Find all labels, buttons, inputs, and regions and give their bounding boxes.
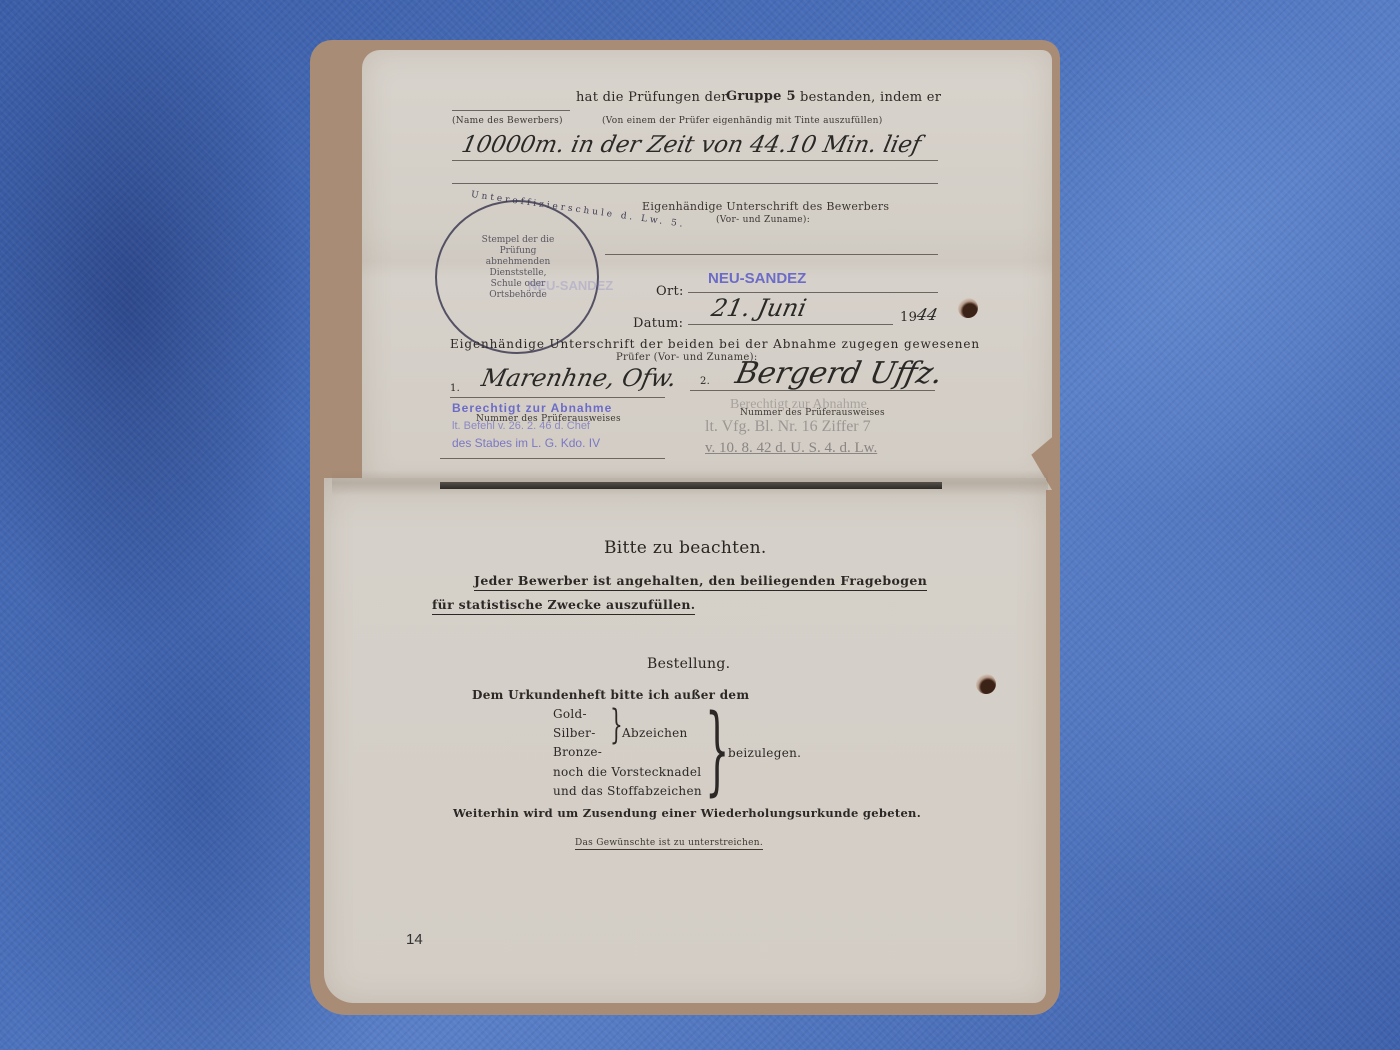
applicant-signature-rule bbox=[605, 254, 938, 255]
examiner-2-id-caption: Nummer des Prüferausweises bbox=[740, 408, 885, 418]
order-title: Bestellung. bbox=[647, 656, 730, 672]
order-end: beizulegen. bbox=[728, 746, 801, 760]
extra-item-cloth-badge: und das Stoffabzeichen bbox=[553, 784, 702, 798]
handwritten-date: 21. Juni bbox=[709, 294, 809, 322]
page-number: 14 bbox=[406, 931, 423, 948]
ghost-stamp: NEU-SANDEZ bbox=[528, 278, 613, 293]
date-rule bbox=[688, 324, 893, 325]
items-brace: } bbox=[705, 702, 729, 798]
result-rule bbox=[452, 160, 938, 161]
examiner-1-stamp-line-2: lt. Befehl v. 26. 2. 46 d. Chef bbox=[452, 420, 590, 432]
intro-text-end: bestanden, indem er bbox=[800, 90, 941, 105]
examiners-signature-caption: Prüfer (Vor- und Zuname): bbox=[616, 352, 758, 363]
section-divider-bar bbox=[440, 482, 942, 489]
intro-text: hat die Prüfungen der bbox=[576, 90, 728, 105]
place-value-stamp: NEU-SANDEZ bbox=[708, 270, 806, 287]
name-caption: (Name des Bewerbers) bbox=[452, 116, 563, 126]
notice-line-2: für statistische Zwecke auszufüllen. bbox=[432, 597, 695, 615]
date-label: Datum: bbox=[633, 316, 683, 331]
badge-brace: } bbox=[610, 705, 623, 745]
repeat-request: Weiterhin wird um Zusendung einer Wieder… bbox=[453, 806, 921, 820]
punch-hole-bottom bbox=[976, 674, 996, 694]
extra-item-pin: noch die Vorstecknadel bbox=[553, 765, 701, 779]
examiner-2-rule bbox=[690, 390, 935, 391]
name-rule bbox=[452, 110, 570, 111]
examiner-1-stamp-line-3: des Stabes im L. G. Kdo. IV bbox=[452, 436, 600, 450]
examiner-1-stamp-line-1: Berechtigt zur Abnahme bbox=[452, 401, 612, 415]
examiner-1-id-rule bbox=[440, 458, 665, 459]
badge-option-gold: Gold- bbox=[553, 707, 587, 721]
examiner-1-signature: Marenhne, Ofw. bbox=[479, 364, 679, 392]
examiner-1-number: 1. bbox=[450, 383, 460, 394]
applicant-signature-caption: (Vor- und Zuname): bbox=[716, 215, 810, 225]
year-suffix: 44 bbox=[915, 305, 939, 324]
badge-option-bronze: Bronze- bbox=[553, 745, 602, 759]
examiner-2-signature: Bergerd Uffz. bbox=[732, 356, 946, 391]
notice-line-1: Jeder Bewerber ist angehalten, den beili… bbox=[474, 573, 927, 591]
place-rule bbox=[688, 292, 938, 293]
examiners-signature-label: Eigenhändige Unterschrift der beiden bei… bbox=[450, 337, 980, 351]
handwritten-result: 10000m. in der Zeit von 44.10 Min. lief bbox=[459, 132, 923, 158]
group-label: Gruppe 5 bbox=[726, 89, 796, 104]
underline-note: Das Gewünschte ist zu unterstreichen. bbox=[575, 838, 763, 850]
applicant-signature-label: Eigenhändige Unterschrift des Bewerbers bbox=[642, 200, 889, 213]
examiner-1-rule bbox=[450, 397, 665, 398]
place-label: Ort: bbox=[656, 284, 684, 299]
badge-word: Abzeichen bbox=[622, 726, 688, 740]
notice-title: Bitte zu beachten. bbox=[604, 538, 767, 558]
badge-option-silver: Silber- bbox=[553, 726, 596, 740]
examiner-caption: (Von einem der Prüfer eigenhändig mit Ti… bbox=[602, 116, 883, 126]
punch-hole-top bbox=[958, 298, 978, 318]
blank-rule bbox=[452, 183, 938, 184]
examiner-2-stamp-line-3: v. 10. 8. 42 d. U. S. 4. d. Lw. bbox=[705, 440, 877, 457]
examiner-2-number: 2. bbox=[700, 376, 710, 387]
examiner-2-stamp-line-2: lt. Vfg. Bl. Nr. 16 Ziffer 7 bbox=[705, 418, 871, 436]
